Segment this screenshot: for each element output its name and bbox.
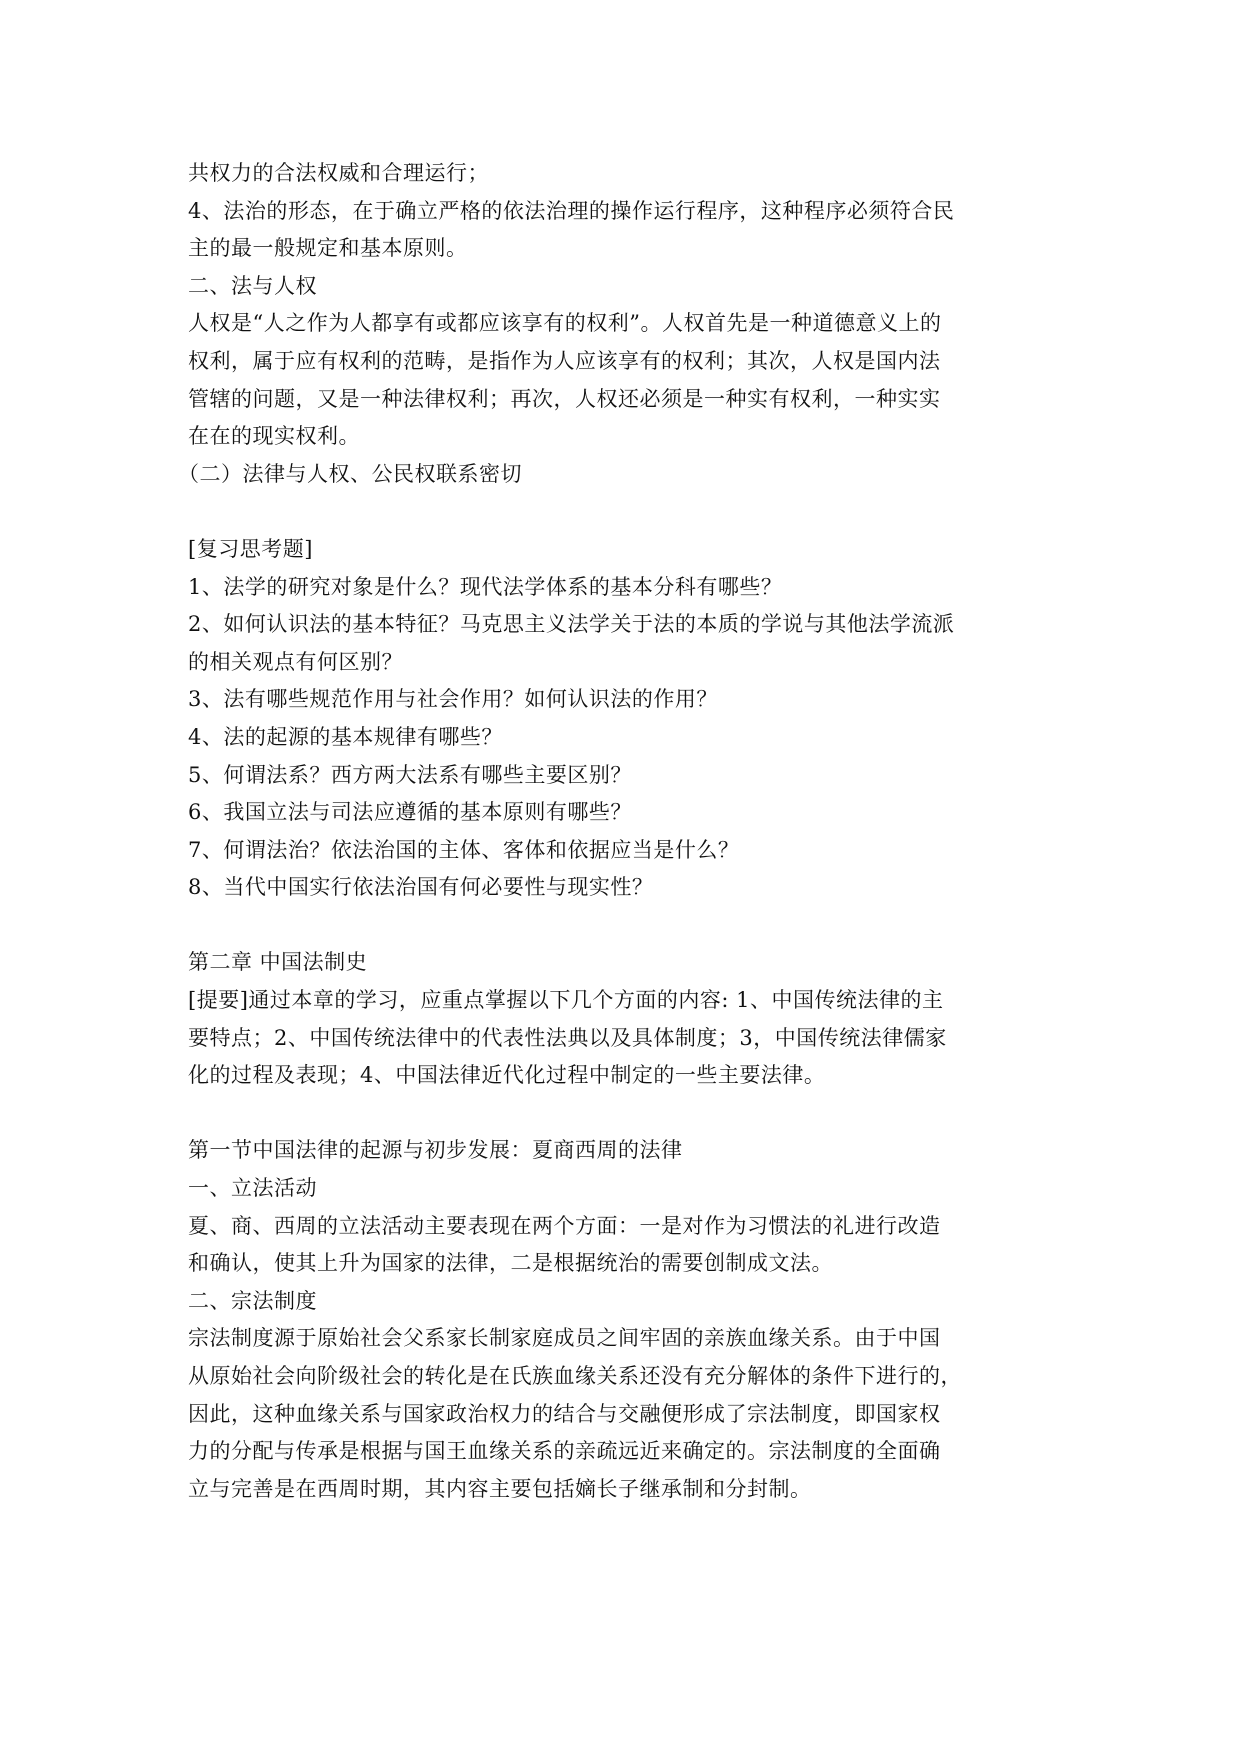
review-question-2-line-2: 的相关观点有何区别？ — [188, 644, 1068, 682]
review-question-7: 7、何谓法治？依法治国的主体、客体和依据应当是什么？ — [188, 832, 1068, 870]
human-rights-para-line-2: 权利，属于应有权利的范畴，是指作为人应该享有的权利；其次，人权是国内法 — [188, 343, 1068, 381]
review-question-1: 1、法学的研究对象是什么？现代法学体系的基本分科有哪些？ — [188, 569, 1068, 607]
patriarchal-clan-system-line-2: 从原始社会向阶级社会的转化是在氏族血缘关系还没有充分解体的条件下进行的， — [188, 1358, 1068, 1396]
chapter-2-title: 第二章 中国法制史 — [188, 944, 1068, 982]
human-rights-para-line-4: 在在的现实权利。 — [188, 418, 1068, 456]
review-question-6: 6、我国立法与司法应遵循的基本原则有哪些？ — [188, 794, 1068, 832]
review-question-5: 5、何谓法系？西方两大法系有哪些主要区别？ — [188, 757, 1068, 795]
review-question-3: 3、法有哪些规范作用与社会作用？如何认识法的作用？ — [188, 681, 1068, 719]
patriarchal-clan-system-line-5: 立与完善是在西周时期，其内容主要包括嫡长子继承制和分封制。 — [188, 1471, 1068, 1509]
document-page: 共权力的合法权威和合理运行； 4、法治的形态，在于确立严格的依法治理的操作运行程… — [188, 155, 1068, 1508]
review-questions-title: [复习思考题] — [188, 531, 1068, 569]
patriarchal-clan-system-line-1: 宗法制度源于原始社会父系家长制家庭成员之间牢固的亲族血缘关系。由于中国 — [188, 1320, 1068, 1358]
legislative-activity-line-1: 夏、商、西周的立法活动主要表现在两个方面：一是对作为习惯法的礼进行改造 — [188, 1208, 1068, 1246]
review-question-2-line-1: 2、如何认识法的基本特征？马克思主义法学关于法的本质的学说与其他法学流派 — [188, 606, 1068, 644]
review-question-8: 8、当代中国实行依法治国有何必要性与现实性？ — [188, 869, 1068, 907]
subheading-law-and-citizen-rights: （二）法律与人权、公民权联系密切 — [178, 456, 1068, 494]
continuation-line: 共权力的合法权威和合理运行； — [188, 155, 1068, 193]
human-rights-para-line-1: 人权是“人之作为人都享有或都应该享有的权利”。人权首先是一种道德意义上的 — [188, 305, 1068, 343]
review-question-4: 4、法的起源的基本规律有哪些？ — [188, 719, 1068, 757]
chapter-2-summary-line-3: 化的过程及表现；4、中国法律近代化过程中制定的一些主要法律。 — [188, 1057, 1068, 1095]
heading-law-and-human-rights: 二、法与人权 — [188, 268, 1068, 306]
patriarchal-clan-system-line-3: 因此，这种血缘关系与国家政治权力的结合与交融便形成了宗法制度，即国家权 — [188, 1396, 1068, 1434]
human-rights-para-line-3: 管辖的问题，又是一种法律权利；再次，人权还必须是一种实有权利，一种实实 — [188, 381, 1068, 419]
point-4-line-1: 4、法治的形态，在于确立严格的依法治理的操作运行程序，这种程序必须符合民 — [188, 193, 1068, 231]
legislative-activity-heading: 一、立法活动 — [188, 1170, 1068, 1208]
section-1-title: 第一节中国法律的起源与初步发展：夏商西周的法律 — [188, 1132, 1068, 1170]
spacer — [188, 493, 1068, 531]
chapter-2-summary-line-1: [提要]通过本章的学习，应重点掌握以下几个方面的内容: 1、中国传统法律的主 — [188, 982, 1068, 1020]
legislative-activity-line-2: 和确认，使其上升为国家的法律，二是根据统治的需要创制成文法。 — [188, 1245, 1068, 1283]
patriarchal-clan-system-heading: 二、宗法制度 — [188, 1283, 1068, 1321]
patriarchal-clan-system-line-4: 力的分配与传承是根据与国王血缘关系的亲疏远近来确定的。宗法制度的全面确 — [188, 1433, 1068, 1471]
chapter-2-summary-line-2: 要特点；2、中国传统法律中的代表性法典以及具体制度；3，中国传统法律儒家 — [188, 1020, 1068, 1058]
point-4-line-2: 主的最一般规定和基本原则。 — [188, 230, 1068, 268]
spacer — [188, 1095, 1068, 1133]
spacer — [188, 907, 1068, 945]
